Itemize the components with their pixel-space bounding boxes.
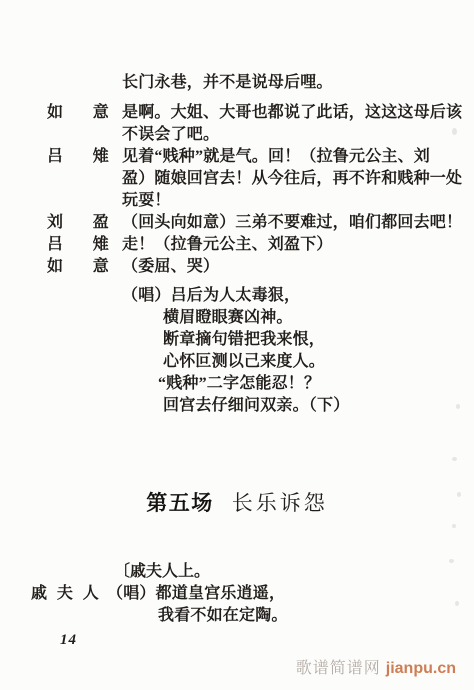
script-line: 吕雉 见着“贱种”就是气。回！（拉鲁元公主、刘 [47, 146, 457, 168]
aria-line: 回宫去仔细问双亲。（下） [163, 395, 349, 417]
dialogue-text: 是啊。大姐、大哥也都说了此话，这这这母后该 [122, 102, 462, 124]
speaker-char: 雉 [93, 234, 109, 256]
script-line: （唱）吕后为人太毒狠， [47, 285, 457, 307]
aria-line: 我看不如在定陶。 [158, 605, 288, 627]
script-line: 横眉瞪眼赛凶神。 [47, 307, 457, 329]
dialogue-block: 长门永巷，并不是说母后哩。 如意 是啊。大姐、大哥也都说了此话，这这这母后该 不… [47, 72, 457, 417]
watermark: 歌谱简谱网jianpu.cn [296, 659, 456, 679]
script-line: 戚夫人 （唱）都道皇宫乐逍遥， [31, 583, 461, 605]
scan-artifact [452, 128, 457, 135]
aria-line: 断章摘句错把我来恨， [163, 329, 325, 351]
speaker-name: 吕雉 [47, 146, 109, 168]
aria-line: “贱种”二字怎能忍！？ [158, 373, 320, 395]
speaker-char: 刘 [47, 212, 63, 234]
speaker-char: 吕 [47, 146, 63, 168]
scan-artifact [449, 559, 454, 563]
dialogue-text: 走！（拉鲁元公主、刘盈下） [122, 234, 333, 256]
speaker-name: 刘盈 [47, 212, 109, 234]
script-line: 吕雉 走！（拉鲁元公主、刘盈下） [47, 234, 457, 256]
speaker-name: 吕雉 [47, 234, 109, 256]
dialogue-text: 玩耍！ [122, 190, 171, 212]
script-line: 断章摘句错把我来恨， [47, 329, 457, 351]
scene-title: 第五场长乐诉怨 [5, 491, 469, 516]
script-line: 心怀叵测以己来度人。 [47, 351, 457, 373]
speaker-char: 雉 [93, 146, 109, 168]
speaker-char: 如 [47, 256, 63, 278]
script-line: 盈）随娘回宫去！从今往后，再不许和贱种一处 [47, 168, 457, 190]
script-book-page: 长门永巷，并不是说母后哩。 如意 是啊。大姐、大哥也都说了此话，这这这母后该 不… [0, 0, 474, 690]
script-line: 玩耍！ [47, 190, 457, 212]
script-line: “贱种”二字怎能忍！？ [47, 373, 457, 395]
script-line: 回宫去仔细问双亲。（下） [47, 395, 457, 417]
dialogue-text: 长门永巷，并不是说母后哩。 [122, 72, 333, 94]
script-line: 如意 （委屈、哭） [47, 256, 457, 278]
scene-name: 长乐诉怨 [232, 491, 328, 515]
aria-line: 横眉瞪眼赛凶神。 [163, 307, 293, 329]
dialogue-text: 不误会了吧。 [122, 124, 219, 146]
dialogue-text: 见着“贱种”就是气。回！（拉鲁元公主、刘 [122, 146, 430, 168]
speaker-char: 意 [93, 256, 109, 278]
page-number: 14 [60, 632, 77, 649]
scan-artifact [452, 524, 456, 528]
script-line: 长门永巷，并不是说母后哩。 [47, 72, 457, 94]
speaker-char: 意 [93, 102, 109, 124]
speaker-char: 人 [83, 583, 99, 605]
speaker-char: 如 [47, 102, 63, 124]
dialogue-text: 盈）随娘回宫去！从今往后，再不许和贱种一处 [122, 168, 462, 190]
speaker-name: 戚夫人 [31, 583, 99, 605]
stage-direction: 〔戚夫人上。 [114, 561, 210, 583]
speaker-char: 吕 [47, 234, 63, 256]
watermark-domain: jianpu.cn [386, 660, 456, 677]
dialogue-text: （委屈、哭） [122, 256, 219, 278]
script-line: 我看不如在定陶。 [31, 605, 461, 627]
dialogue-text: （回头向如意）三弟不要难过，咱们都回去吧！ [122, 212, 462, 234]
scan-artifact [456, 404, 460, 409]
script-line: 刘盈 （回头向如意）三弟不要难过，咱们都回去吧！ [47, 212, 457, 234]
scan-artifact [457, 492, 461, 497]
speaker-name: 如意 [47, 256, 109, 278]
script-line: 如意 是啊。大姐、大哥也都说了此话，这这这母后该 [47, 102, 457, 124]
aria-line: （唱）吕后为人太毒狠， [122, 285, 300, 307]
speaker-char: 戚 [31, 583, 47, 605]
watermark-site-name: 歌谱简谱网 [296, 660, 381, 677]
scan-artifact [455, 601, 459, 606]
scan-artifact [452, 457, 457, 461]
aria-line: 心怀叵测以己来度人。 [163, 351, 325, 373]
script-line: 不误会了吧。 [47, 124, 457, 146]
qi-furen-entry: 戚夫人 （唱）都道皇宫乐逍遥， 我看不如在定陶。 [31, 583, 461, 627]
speaker-char: 夫 [57, 583, 73, 605]
speaker-char: 盈 [93, 212, 109, 234]
aria-line: （唱）都道皇宫乐逍遥， [107, 583, 285, 605]
scene-number: 第五场 [146, 491, 214, 515]
speaker-name: 如意 [47, 102, 109, 124]
